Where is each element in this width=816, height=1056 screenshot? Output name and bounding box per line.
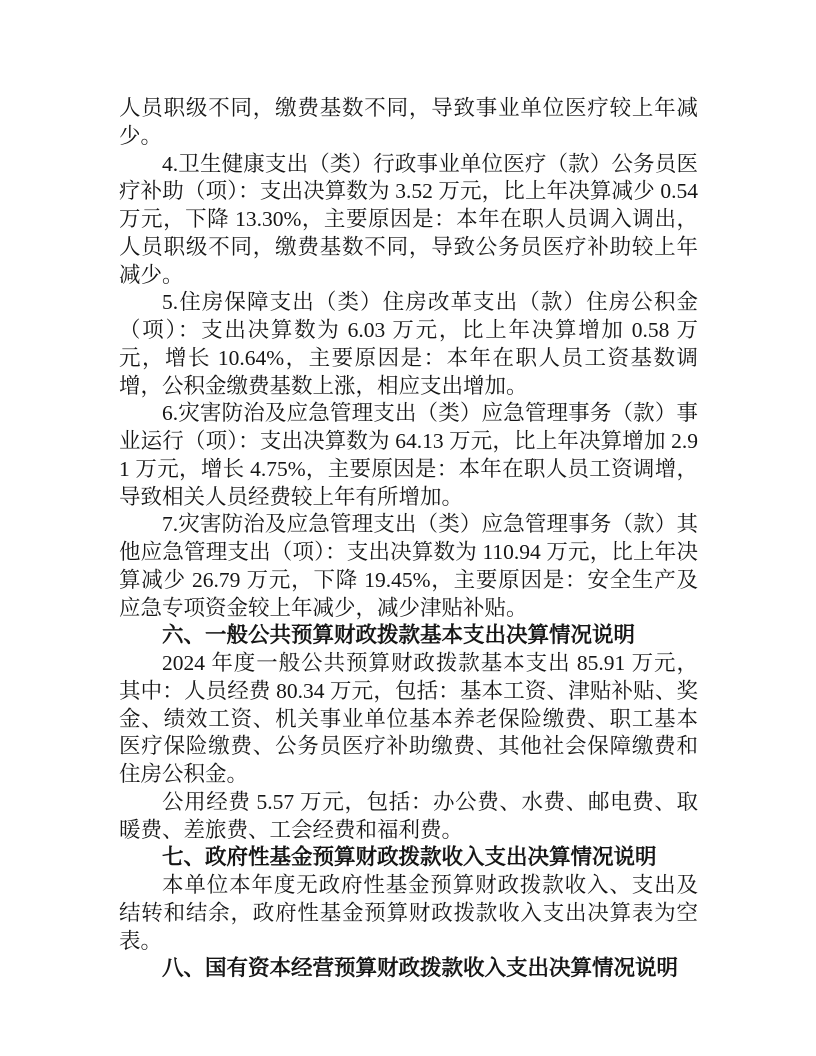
paragraph-section6-public-funds: 公用经费 5.57 万元，包括：办公费、水费、邮电费、取暖费、差旅费、工会经费和… — [119, 789, 698, 845]
paragraph-item7-other-emergency-management: 7.灾害防治及应急管理支出（类）应急管理事务（款）其他应急管理支出（项）：支出决… — [119, 511, 698, 622]
paragraph-item4-civil-servant-medical-subsidy: 4.卫生健康支出（类）行政事业单位医疗（款）公务员医疗补助（项）：支出决算数为 … — [119, 151, 698, 290]
heading-section-6-basic-expenditure: 六、一般公共预算财政拨款基本支出决算情况说明 — [119, 622, 698, 650]
paragraph-carryover-medical-decrease: 人员职级不同，缴费基数不同，导致事业单位医疗较上年减少。 — [119, 95, 698, 151]
paragraph-item6-emergency-management-operations: 6.灾害防治及应急管理支出（类）应急管理事务（款）事业运行（项）：支出决算数为 … — [119, 400, 698, 511]
paragraph-section6-personnel-funds: 2024 年度一般公共预算财政拨款基本支出 85.91 万元，其中：人员经费 8… — [119, 650, 698, 789]
heading-section-7-government-fund-budget: 七、政府性基金预算财政拨款收入支出决算情况说明 — [119, 844, 698, 872]
document-content: 人员职级不同，缴费基数不同，导致事业单位医疗较上年减少。 4.卫生健康支出（类）… — [119, 95, 698, 983]
heading-section-8-state-capital-budget: 八、国有资本经营预算财政拨款收入支出决算情况说明 — [119, 955, 698, 983]
paragraph-section7-no-government-fund: 本单位本年度无政府性基金预算财政拨款收入、支出及结转和结余，政府性基金预算财政拨… — [119, 872, 698, 955]
paragraph-item5-housing-provident-fund: 5.住房保障支出（类）住房改革支出（款）住房公积金（项）：支出决算数为 6.03… — [119, 289, 698, 400]
document-page: 人员职级不同，缴费基数不同，导致事业单位医疗较上年减少。 4.卫生健康支出（类）… — [0, 0, 816, 1056]
